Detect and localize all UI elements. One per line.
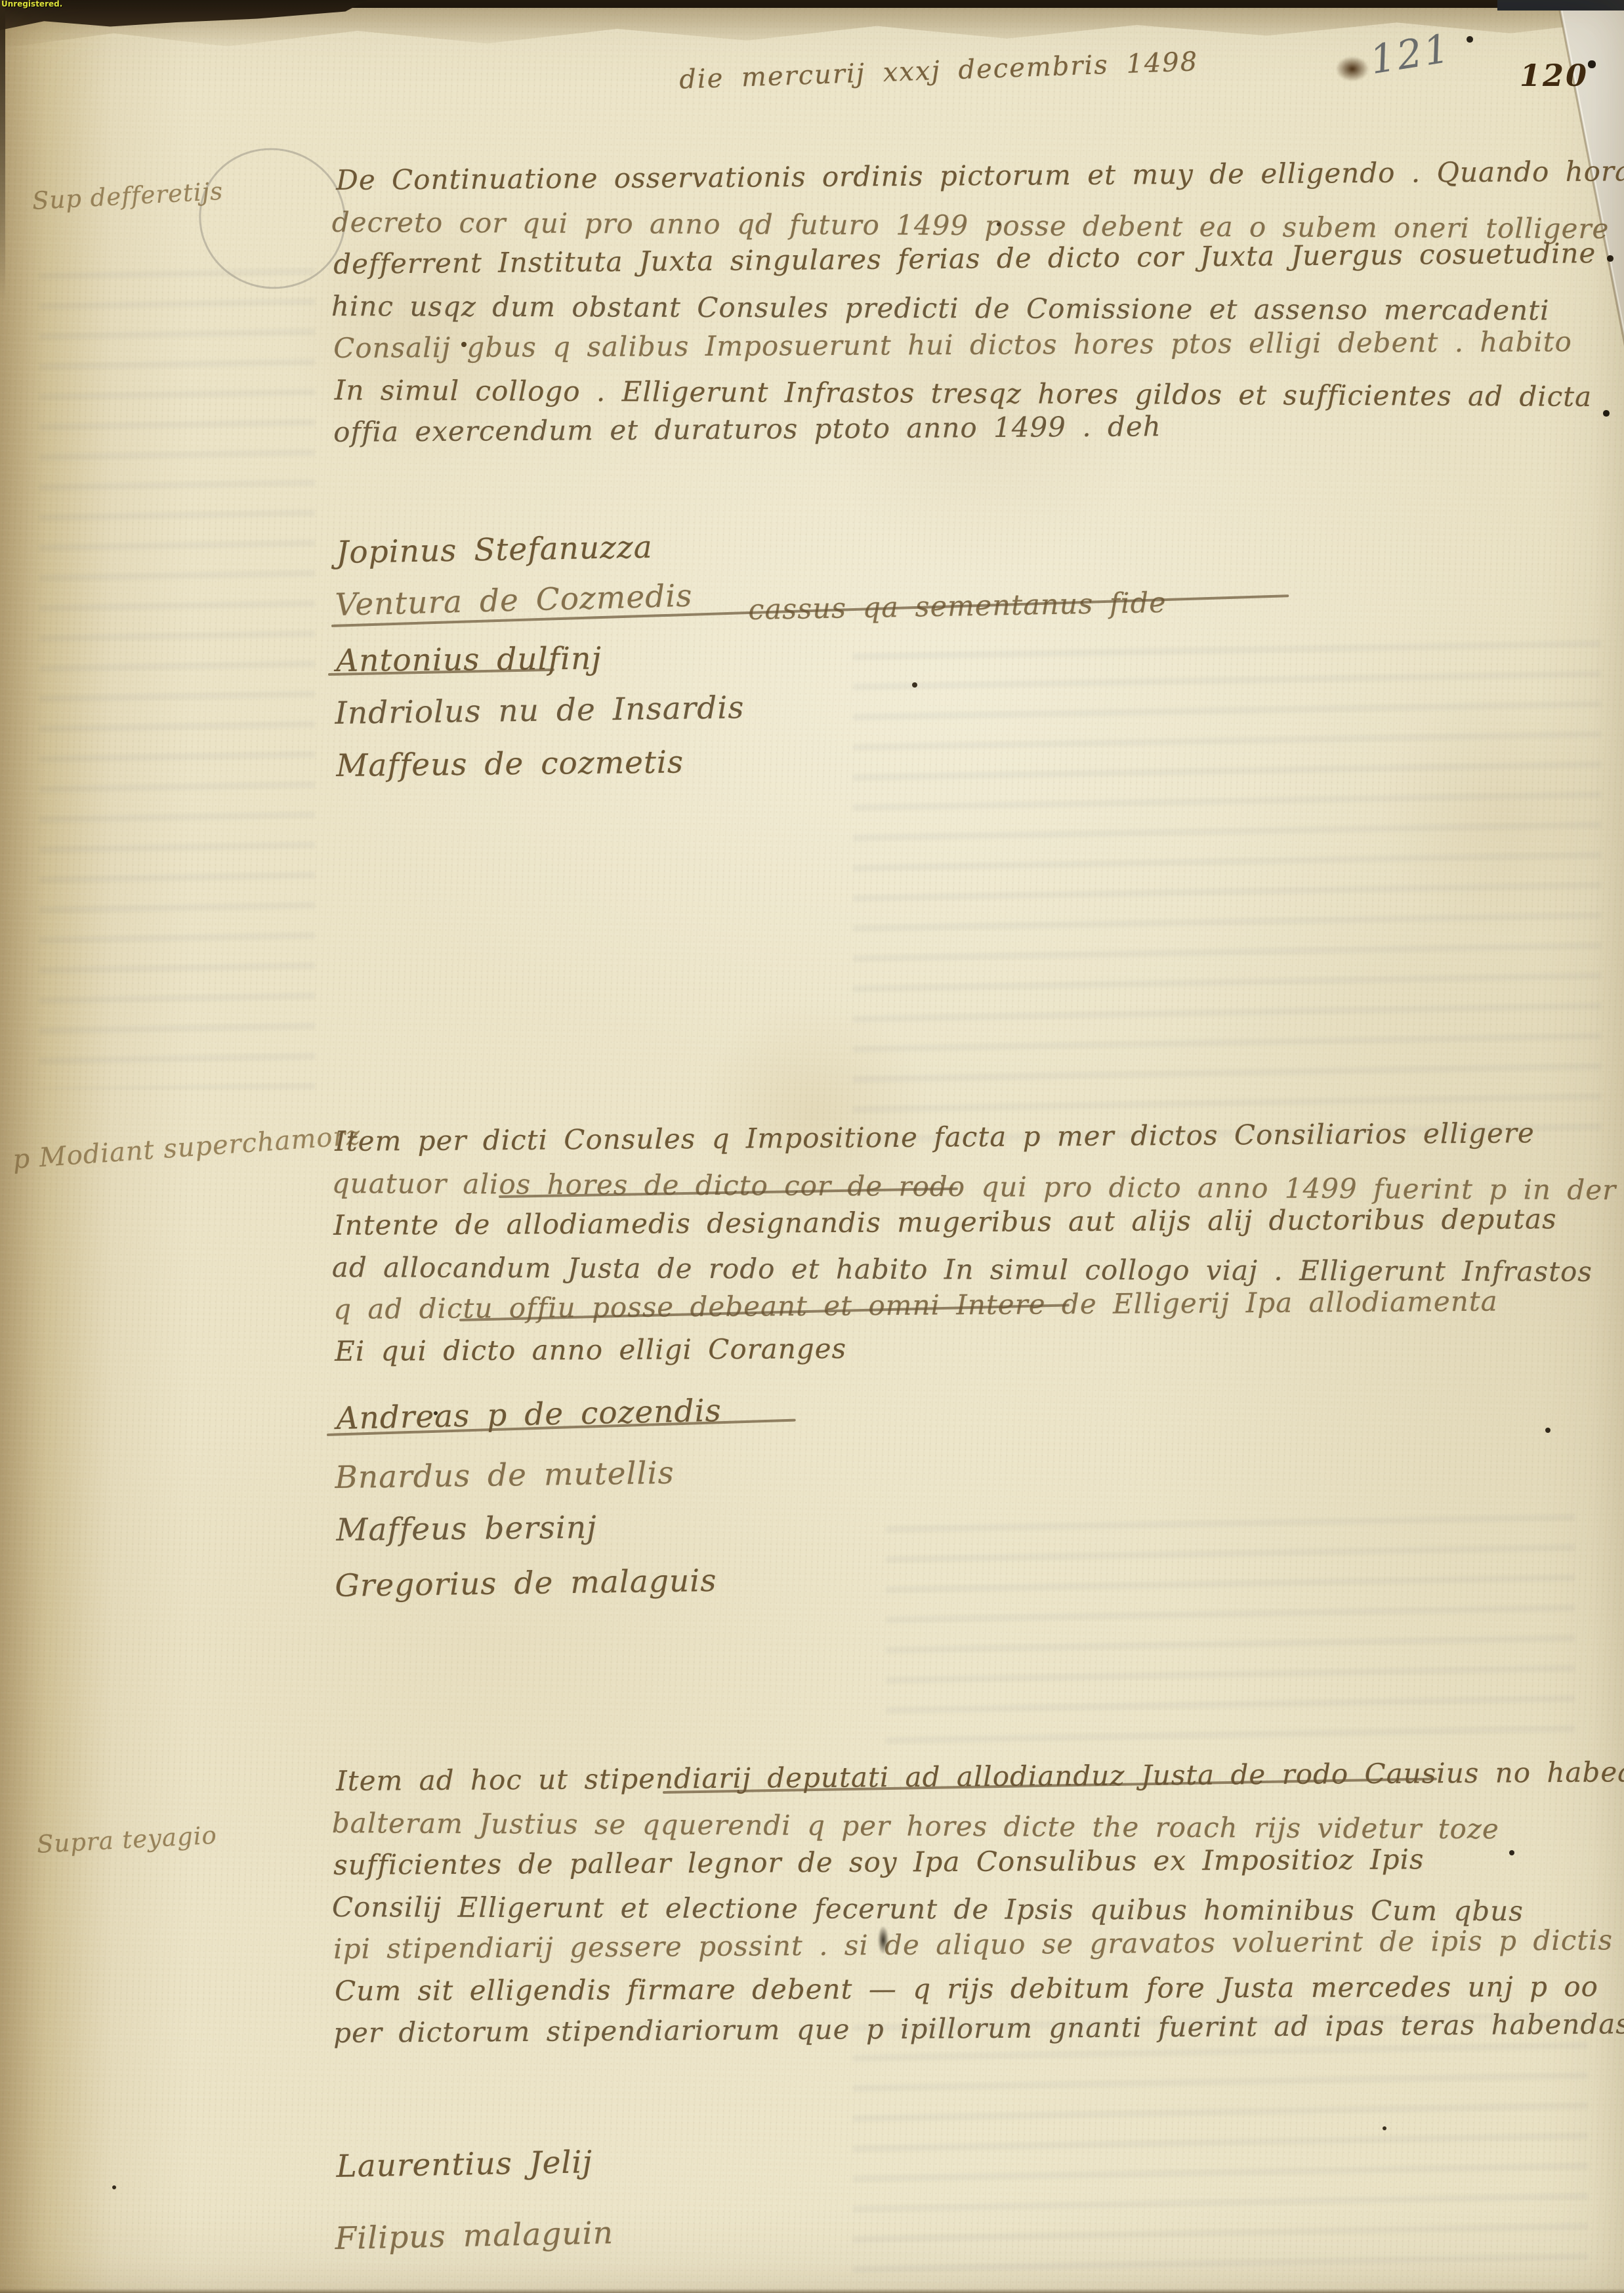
scanner-watermark: Unregistered. xyxy=(1,0,62,9)
manuscript-line: ipi stipendiarij gessere possint . si de… xyxy=(333,1924,1613,1965)
manuscript-line: hinc usqz dum obstant Consules predicti … xyxy=(331,290,1550,326)
header-date: die mercurij xxxj decembris 1498 xyxy=(678,47,1198,95)
margin-note-2: p Modiant superchamorz xyxy=(12,1121,362,1175)
manuscript-line: Consilij Elligerunt et electione fecerun… xyxy=(332,1891,1524,1927)
manuscript-line: ad allocandum Justa de rodo et habito In… xyxy=(332,1251,1593,1288)
bleed-through-text xyxy=(853,630,1601,1142)
bleed-through-text xyxy=(886,1502,1575,1752)
manuscript-line: sufficientes de pallear legnor de soy Ip… xyxy=(333,1843,1425,1881)
ink-stain xyxy=(1336,56,1369,81)
folio-number-pencil: 121 xyxy=(1367,26,1454,83)
manuscript-line: defferrent Instituta Juxta singulares fe… xyxy=(333,237,1596,280)
manuscript-line: per dictorum stipendiariorum que p ipill… xyxy=(333,2008,1624,2049)
name-entry: Filipus malaguin xyxy=(335,2215,614,2257)
page-left-edge xyxy=(0,0,5,302)
name-entry: Maffeus de cozmetis xyxy=(336,744,684,784)
manuscript-line: Intente de allodiamedis designandis muge… xyxy=(333,1203,1557,1241)
manuscript-line: De Continuatione osservationis ordinis p… xyxy=(336,155,1624,196)
top-right-dark-edge xyxy=(1497,0,1624,10)
folio-number-ink: 120 xyxy=(1520,58,1589,93)
page-bottom-edge xyxy=(0,2288,1624,2293)
name-entry: Gregorius de malaguis xyxy=(335,1563,717,1604)
manuscript-page: Unregistered. die mercurij xxxj decembri… xyxy=(0,0,1624,2293)
manuscript-line: Item ad hoc ut stipendiarij deputati ad … xyxy=(336,1756,1624,1797)
ink-smudge xyxy=(878,1926,888,1954)
margin-note-3: Supra teyagio xyxy=(36,1821,218,1859)
name-entry: Maffeus bersinj xyxy=(336,1510,597,1548)
manuscript-line: offia exercendum et duraturos ptoto anno… xyxy=(333,410,1161,448)
name-entry: Jopinus Stefanuzza xyxy=(336,529,653,571)
margin-note-1: Sup defferetijs xyxy=(31,177,224,215)
name-entry: Laurentius Jelij xyxy=(336,2144,593,2185)
name-entry: Indriolus nu de Insardis xyxy=(335,690,745,732)
manuscript-line: In simul collogo . Elligerunt Infrastos … xyxy=(335,374,1593,413)
manuscript-line: Item per dicti Consules q Impositione fa… xyxy=(335,1117,1535,1157)
name-entry: Bnardus de mutellis xyxy=(335,1455,675,1496)
manuscript-line: Cum sit elligendis firmare debent — q ri… xyxy=(335,1970,1598,2007)
bleed-through-text xyxy=(39,249,315,1089)
name-entry: Andreas p de cozendis xyxy=(336,1393,722,1437)
manuscript-line: balteram Justius se qquerendi q per hore… xyxy=(332,1807,1499,1845)
manuscript-line: quatuor alios hores de dicto cor de rodo… xyxy=(332,1167,1617,1206)
manuscript-line: Ei qui dicto anno elligi Coranges xyxy=(335,1332,846,1367)
manuscript-line: Consalij gbus q salibus Imposuerunt hui … xyxy=(333,325,1572,364)
